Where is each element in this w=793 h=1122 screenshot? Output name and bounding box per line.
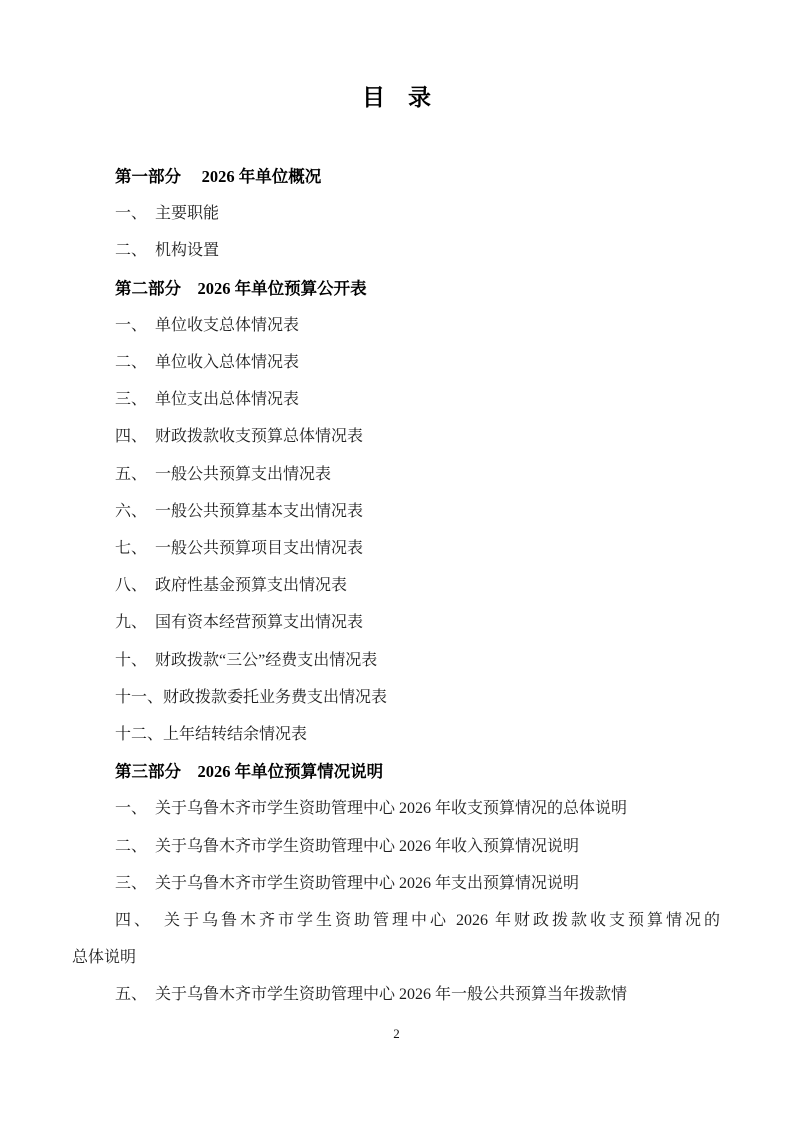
toc-entry: 三、 单位支出总体情况表 [72,381,720,418]
toc-entry: 十二、上年结转结余情况表 [72,716,720,753]
page-number: 2 [0,1026,793,1042]
toc-entry: 一、 关于乌鲁木齐市学生资助管理中心 2026 年收支预算情况的总体说明 [72,790,720,827]
toc-entry: 四、 财政拨款收支预算总体情况表 [72,418,720,455]
toc-entry: 五、 关于乌鲁木齐市学生资助管理中心 2026 年一般公共预算当年拨款情 [72,976,720,1013]
toc-section-heading: 第一部分 2026 年单位概况 [72,158,720,195]
toc-entry: 一、 单位收支总体情况表 [72,307,720,344]
toc-section-heading: 第二部分 2026 年单位预算公开表 [72,270,720,307]
toc-entry: 一、 主要职能 [72,195,720,232]
toc-entry: 二、 单位收入总体情况表 [72,344,720,381]
toc-entry: 五、 一般公共预算支出情况表 [72,456,720,493]
toc-entry: 总体说明 [72,939,720,976]
page-title: 目 录 [0,84,793,112]
toc-entry: 四、 关于乌鲁木齐市学生资助管理中心 2026 年财政拨款收支预算情况的 [72,902,720,939]
toc-entry: 二、 关于乌鲁木齐市学生资助管理中心 2026 年收入预算情况说明 [72,828,720,865]
toc-entry: 十一、财政拨款委托业务费支出情况表 [72,679,720,716]
toc-entry: 三、 关于乌鲁木齐市学生资助管理中心 2026 年支出预算情况说明 [72,865,720,902]
toc-entry: 二、 机构设置 [72,232,720,269]
toc-entry: 九、 国有资本经营预算支出情况表 [72,604,720,641]
toc-entry: 八、 政府性基金预算支出情况表 [72,567,720,604]
toc-section-heading: 第三部分 2026 年单位预算情况说明 [72,753,720,790]
toc-entry: 七、 一般公共预算项目支出情况表 [72,530,720,567]
toc-list: 第一部分 2026 年单位概况一、 主要职能二、 机构设置第二部分 2026 年… [0,158,793,1014]
document-page: 目 录 第一部分 2026 年单位概况一、 主要职能二、 机构设置第二部分 20… [0,0,793,1122]
toc-entry: 十、 财政拨款“三公”经费支出情况表 [72,642,720,679]
toc-entry: 六、 一般公共预算基本支出情况表 [72,493,720,530]
